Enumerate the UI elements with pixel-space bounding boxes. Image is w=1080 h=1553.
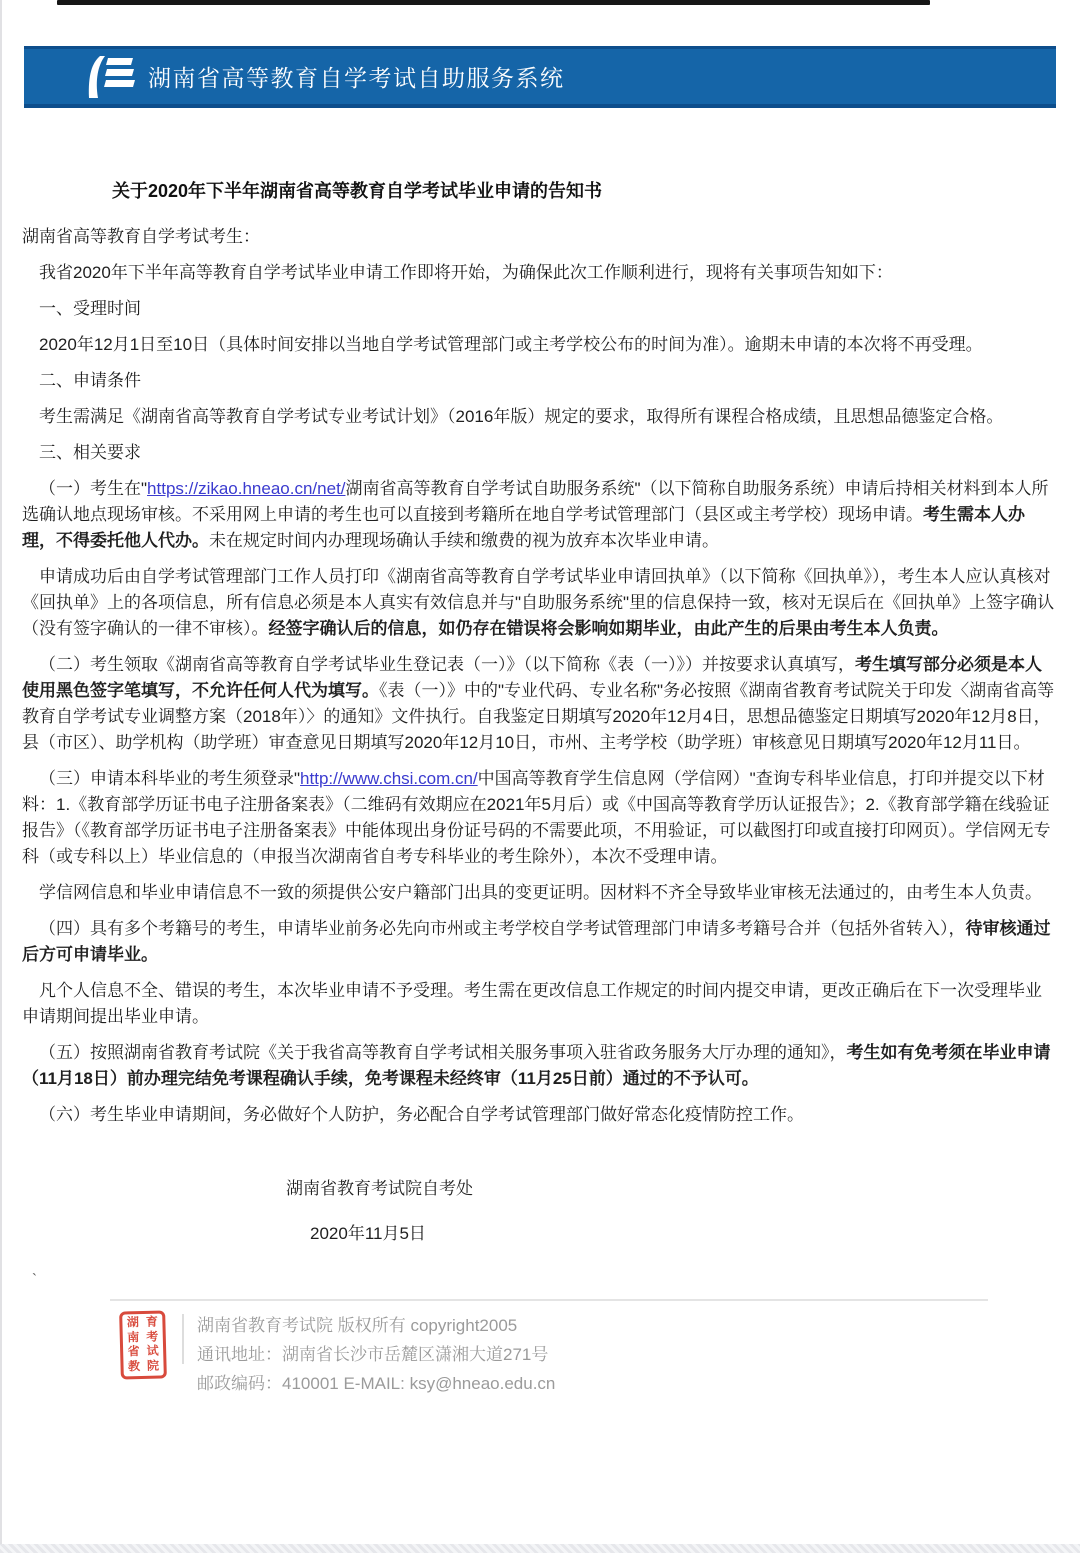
- seal-character: 育: [142, 1316, 161, 1331]
- external-link[interactable]: http://www.chsi.com.cn/: [300, 769, 478, 788]
- notice-body: 我省2020年下半年高等教育自学考试毕业申请工作即将开始，为确保此次工作顺利进行…: [22, 260, 1058, 1128]
- text-run: （二）考生领取《湖南省高等教育自学考试毕业生登记表（一）》（以下简称《表（一）》…: [39, 655, 855, 674]
- text-run: 未在规定时间内办理现场确认手续和缴费的视为放弃本次毕业申请。: [209, 531, 719, 550]
- item-1: （一）考生在"https://zikao.hneao.cn/net/湖南省高等教…: [22, 476, 1058, 554]
- external-link[interactable]: https://zikao.hneao.cn/net/: [147, 479, 345, 498]
- notice-document: 关于2020年下半年湖南省高等教育自学考试毕业申请的告知书 湖南省高等教育自学考…: [0, 178, 1080, 1287]
- text-run: 二、申请条件: [39, 371, 141, 390]
- signature-org: 湖南省教育考试院自考处: [286, 1176, 1058, 1202]
- text-run: 凡个人信息不全、错误的考生，本次毕业申请不予受理。考生需在更改信息工作规定的时间…: [22, 981, 1042, 1026]
- item-5: （五）按照湖南省教育考试院《关于我省高等教育自学考试相关服务事项入驻省政务服务大…: [22, 1040, 1058, 1092]
- item-4-note: 凡个人信息不全、错误的考生，本次毕业申请不予受理。考生需在更改信息工作规定的时间…: [22, 978, 1058, 1030]
- text-run: （一）考生在": [39, 479, 147, 498]
- footer-content: 湖南省教育考试院 湖南省教育考试院 版权所有 copyright2005 通讯地…: [120, 1311, 1080, 1398]
- notice-title: 关于2020年下半年湖南省高等教育自学考试毕业申请的告知书: [112, 178, 1058, 204]
- site-header: 湖南省高等教育自学考试自助服务系统: [24, 46, 1056, 108]
- section-3-heading: 三、相关要求: [22, 440, 1058, 466]
- text-run: 考生需满足《湖南省高等教育自学考试专业考试计划》（2016年版）规定的要求，取得…: [39, 407, 1003, 426]
- item-2: （二）考生领取《湖南省高等教育自学考试毕业生登记表（一）》（以下简称《表（一）》…: [22, 652, 1058, 756]
- salutation: 湖南省高等教育自学考试考生：: [22, 224, 1058, 250]
- text-run: （五）按照湖南省教育考试院《关于我省高等教育自学考试相关服务事项入驻省政务服务大…: [39, 1043, 847, 1062]
- site-logo-icon: [84, 55, 136, 99]
- seal-character: 院: [143, 1359, 162, 1374]
- stray-mark: `: [32, 1273, 1058, 1287]
- item-6: （六）考生毕业申请期间，务必做好个人防护，务必配合自学考试管理部门做好常态化疫情…: [22, 1102, 1058, 1128]
- seal-character: 教: [124, 1359, 143, 1374]
- text-run: 一、受理时间: [39, 299, 141, 318]
- signature-date: 2020年11月5日: [310, 1221, 1058, 1247]
- text-run: （三）申请本科毕业的考生须登录": [39, 769, 300, 788]
- emphasis-text: 经签字确认后的信息，如仍存在错误将会影响如期毕业，由此产生的后果由考生本人负责。: [269, 619, 949, 638]
- footer-contact: 邮政编码：410001 E-MAIL: ksy@hneao.edu.cn: [197, 1369, 555, 1398]
- official-seal-image: 湖南省教育考试院: [119, 1310, 167, 1379]
- text-run: 我省2020年下半年高等教育自学考试毕业申请工作即将开始，为确保此次工作顺利进行…: [39, 263, 893, 282]
- seal-character: 试: [143, 1345, 162, 1360]
- text-run: 三、相关要求: [39, 443, 141, 462]
- section-2-heading: 二、申请条件: [22, 368, 1058, 394]
- page-left-border: [0, 0, 2, 1553]
- footer-address: 通讯地址：湖南省长沙市岳麓区潇湘大道271号: [197, 1340, 555, 1369]
- footer-copyright: 湖南省教育考试院 版权所有 copyright2005: [197, 1311, 555, 1340]
- text-run: （四）具有多个考籍号的考生，申请毕业前务必先向市州或主考学校自学考试管理部门申请…: [39, 919, 966, 938]
- footer-vertical-divider: [182, 1314, 184, 1364]
- seal-character: 湖: [123, 1316, 142, 1331]
- page-footer: 湖南省教育考试院 湖南省教育考试院 版权所有 copyright2005 通讯地…: [0, 1299, 1080, 1398]
- text-run: 2020年12月1日至10日（具体时间安排以当地自学考试管理部门或主考学校公布的…: [39, 335, 983, 354]
- text-run: （六）考生毕业申请期间，务必做好个人防护，务必配合自学考试管理部门做好常态化疫情…: [39, 1105, 804, 1124]
- site-title: 湖南省高等教育自学考试自助服务系统: [148, 60, 565, 93]
- seal-character: 省: [124, 1345, 143, 1360]
- section-1-body: 2020年12月1日至10日（具体时间安排以当地自学考试管理部门或主考学校公布的…: [22, 332, 1058, 358]
- intro-paragraph: 我省2020年下半年高等教育自学考试毕业申请工作即将开始，为确保此次工作顺利进行…: [22, 260, 1058, 286]
- section-1-heading: 一、受理时间: [22, 296, 1058, 322]
- text-run: 学信网信息和毕业申请信息不一致的须提供公安户籍部门出具的变更证明。因材料不齐全导…: [39, 883, 1042, 902]
- top-black-bar: [57, 0, 930, 5]
- footer-divider: [110, 1299, 988, 1301]
- footer-text-block: 湖南省教育考试院 版权所有 copyright2005 通讯地址：湖南省长沙市岳…: [197, 1311, 555, 1398]
- item-1-receipt: 申请成功后由自学考试管理部门工作人员打印《湖南省高等教育自学考试毕业申请回执单》…: [22, 564, 1058, 642]
- bottom-strip: [0, 1544, 1080, 1553]
- item-3: （三）申请本科毕业的考生须登录"http://www.chsi.com.cn/中…: [22, 766, 1058, 870]
- item-4: （四）具有多个考籍号的考生，申请毕业前务必先向市州或主考学校自学考试管理部门申请…: [22, 916, 1058, 968]
- item-3-note: 学信网信息和毕业申请信息不一致的须提供公安户籍部门出具的变更证明。因材料不齐全导…: [22, 880, 1058, 906]
- section-2-body: 考生需满足《湖南省高等教育自学考试专业考试计划》（2016年版）规定的要求，取得…: [22, 404, 1058, 430]
